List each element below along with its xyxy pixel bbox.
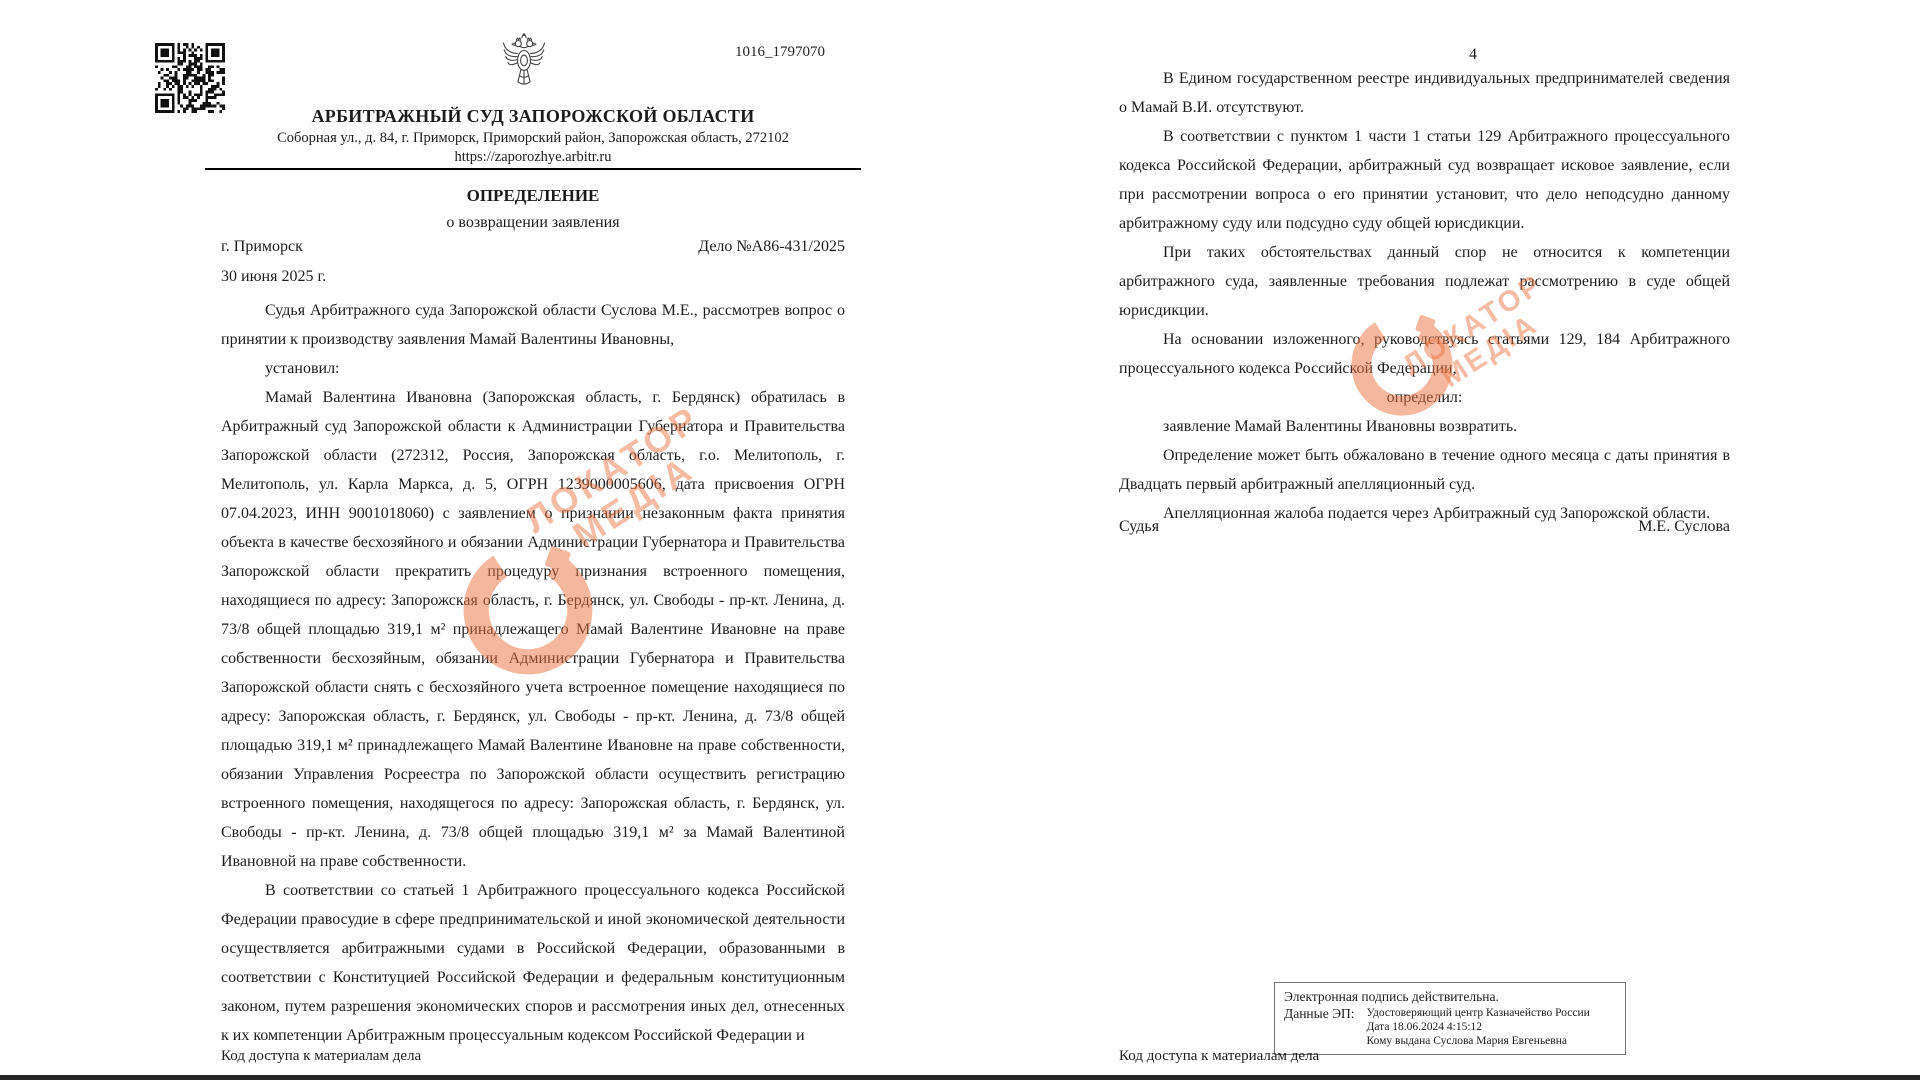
document-title: ОПРЕДЕЛЕНИЕ [221, 186, 845, 206]
document-canvas: 1016_1797070 АРБИТРАЖНЫЙ СУД ЗАПОРОЖСКОЙ… [0, 0, 1920, 1080]
esign-label: Данные ЭП: [1284, 1006, 1355, 1048]
document-number: 1016_1797070 [735, 44, 825, 61]
judge-label: Судья [1119, 518, 1159, 536]
case-number: Дело №А86-431/2025 [698, 238, 845, 256]
signature-row: Судья М.Е. Суслова [1119, 518, 1730, 536]
paragraph: Определение может быть обжаловано в тече… [1119, 441, 1730, 499]
case-meta-row: г. Приморск Дело №А86-431/2025 [221, 238, 845, 256]
paragraph: В Едином государственном реестре индивид… [1119, 64, 1730, 122]
esign-detail-line: Удостоверяющий центр Казначейство России [1367, 1006, 1590, 1020]
qr-code [155, 43, 225, 113]
access-code-label: Код доступа к материалам дела [221, 1048, 421, 1065]
judge-name: М.Е. Суслова [1638, 518, 1730, 536]
page-4-body: В Едином государственном реестре индивид… [1119, 64, 1730, 528]
paragraph: В соответствии со статьей 1 Арбитражного… [221, 876, 845, 1050]
esign-detail-line: Дата 18.06.2024 4:15:12 [1367, 1020, 1590, 1034]
header-divider [205, 168, 861, 170]
scan-edge-bar [0, 1075, 1920, 1080]
city: г. Приморск [221, 238, 303, 256]
esign-data-row: Данные ЭП: Удостоверяющий центр Казначей… [1284, 1006, 1616, 1048]
document-date: 30 июня 2025 г. [221, 268, 326, 286]
page-number: 4 [1469, 46, 1477, 64]
court-address: Соборная ул., д. 84, г. Приморск, Примор… [201, 130, 865, 147]
paragraph: В соответствии с пунктом 1 части 1 стать… [1119, 122, 1730, 238]
coat-of-arms-icon [501, 33, 547, 97]
paragraph: Судья Арбитражного суда Запорожской обла… [221, 296, 845, 354]
paragraph-ustanovil: установил: [221, 354, 845, 383]
court-name: АРБИТРАЖНЫЙ СУД ЗАПОРОЖСКОЙ ОБЛАСТИ [221, 106, 845, 127]
esign-details: Удостоверяющий центр Казначейство России… [1367, 1006, 1590, 1048]
access-code-label: Код доступа к материалам дела [1119, 1048, 1319, 1065]
page-4: 4 В Едином государственном реестре индив… [1119, 0, 1730, 1080]
document-subtitle: о возвращении заявления [221, 214, 845, 232]
esign-valid-text: Электронная подпись действительна. [1284, 988, 1616, 1005]
court-website: https://zaporozhye.arbitr.ru [221, 149, 845, 166]
esign-detail-line: Кому выдана Суслова Мария Евгеньевна [1367, 1034, 1590, 1048]
electronic-signature-stamp: Электронная подпись действительна. Данны… [1274, 982, 1626, 1055]
